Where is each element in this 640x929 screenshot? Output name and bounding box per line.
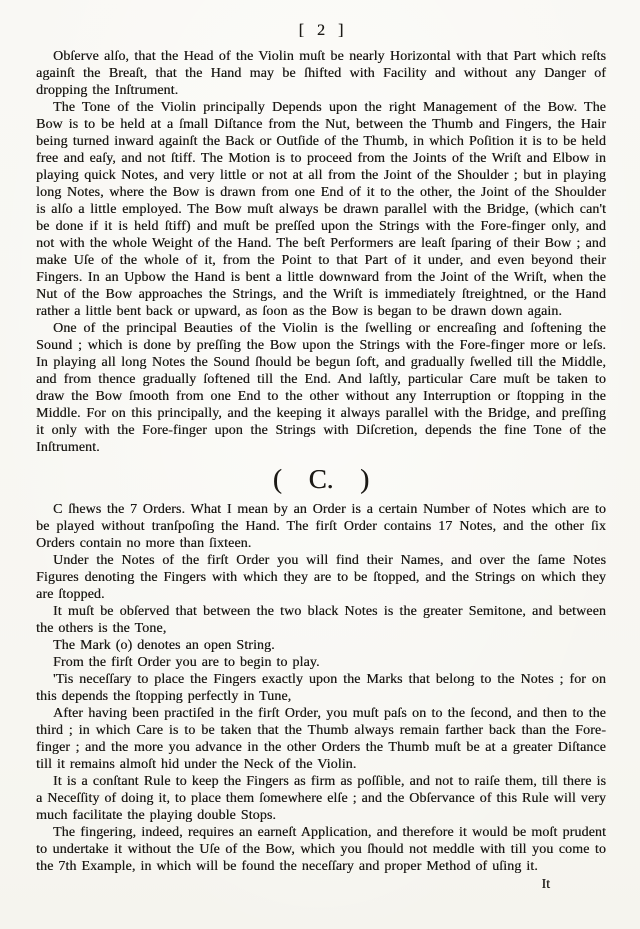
top-text-block: Obſerve alſo, that the Head of the Violi… xyxy=(36,48,606,456)
paragraph: After having been practiſed in the firſt… xyxy=(36,705,606,773)
paragraph: The Tone of the Violin principally Depen… xyxy=(36,99,606,320)
paragraph: Obſerve alſo, that the Head of the Violi… xyxy=(36,48,606,99)
page-number: [ 2 ] xyxy=(36,22,606,40)
paragraph: It muſt be obſerved that between the two… xyxy=(36,603,606,637)
paragraph: One of the principal Beauties of the Vio… xyxy=(36,320,606,456)
paragraph: It is a conſtant Rule to keep the Finger… xyxy=(36,773,606,824)
paragraph: From the firſt Order you are to begin to… xyxy=(36,654,606,671)
scanned-page: [ 2 ] Obſerve alſo, that the Head of the… xyxy=(0,0,640,929)
paragraph: 'Tis neceſſary to place the Fingers exac… xyxy=(36,671,606,705)
paragraph: C ſhews the 7 Orders. What I mean by an … xyxy=(36,501,606,552)
section-heading: ( C. ) xyxy=(36,464,606,494)
paragraph: The fingering, indeed, requires an earne… xyxy=(36,824,606,875)
paragraph: Under the Notes of the firſt Order you w… xyxy=(36,552,606,603)
catchword: It xyxy=(36,876,606,893)
section-text-block: C ſhews the 7 Orders. What I mean by an … xyxy=(36,501,606,875)
paragraph: The Mark (o) denotes an open String. xyxy=(36,637,606,654)
